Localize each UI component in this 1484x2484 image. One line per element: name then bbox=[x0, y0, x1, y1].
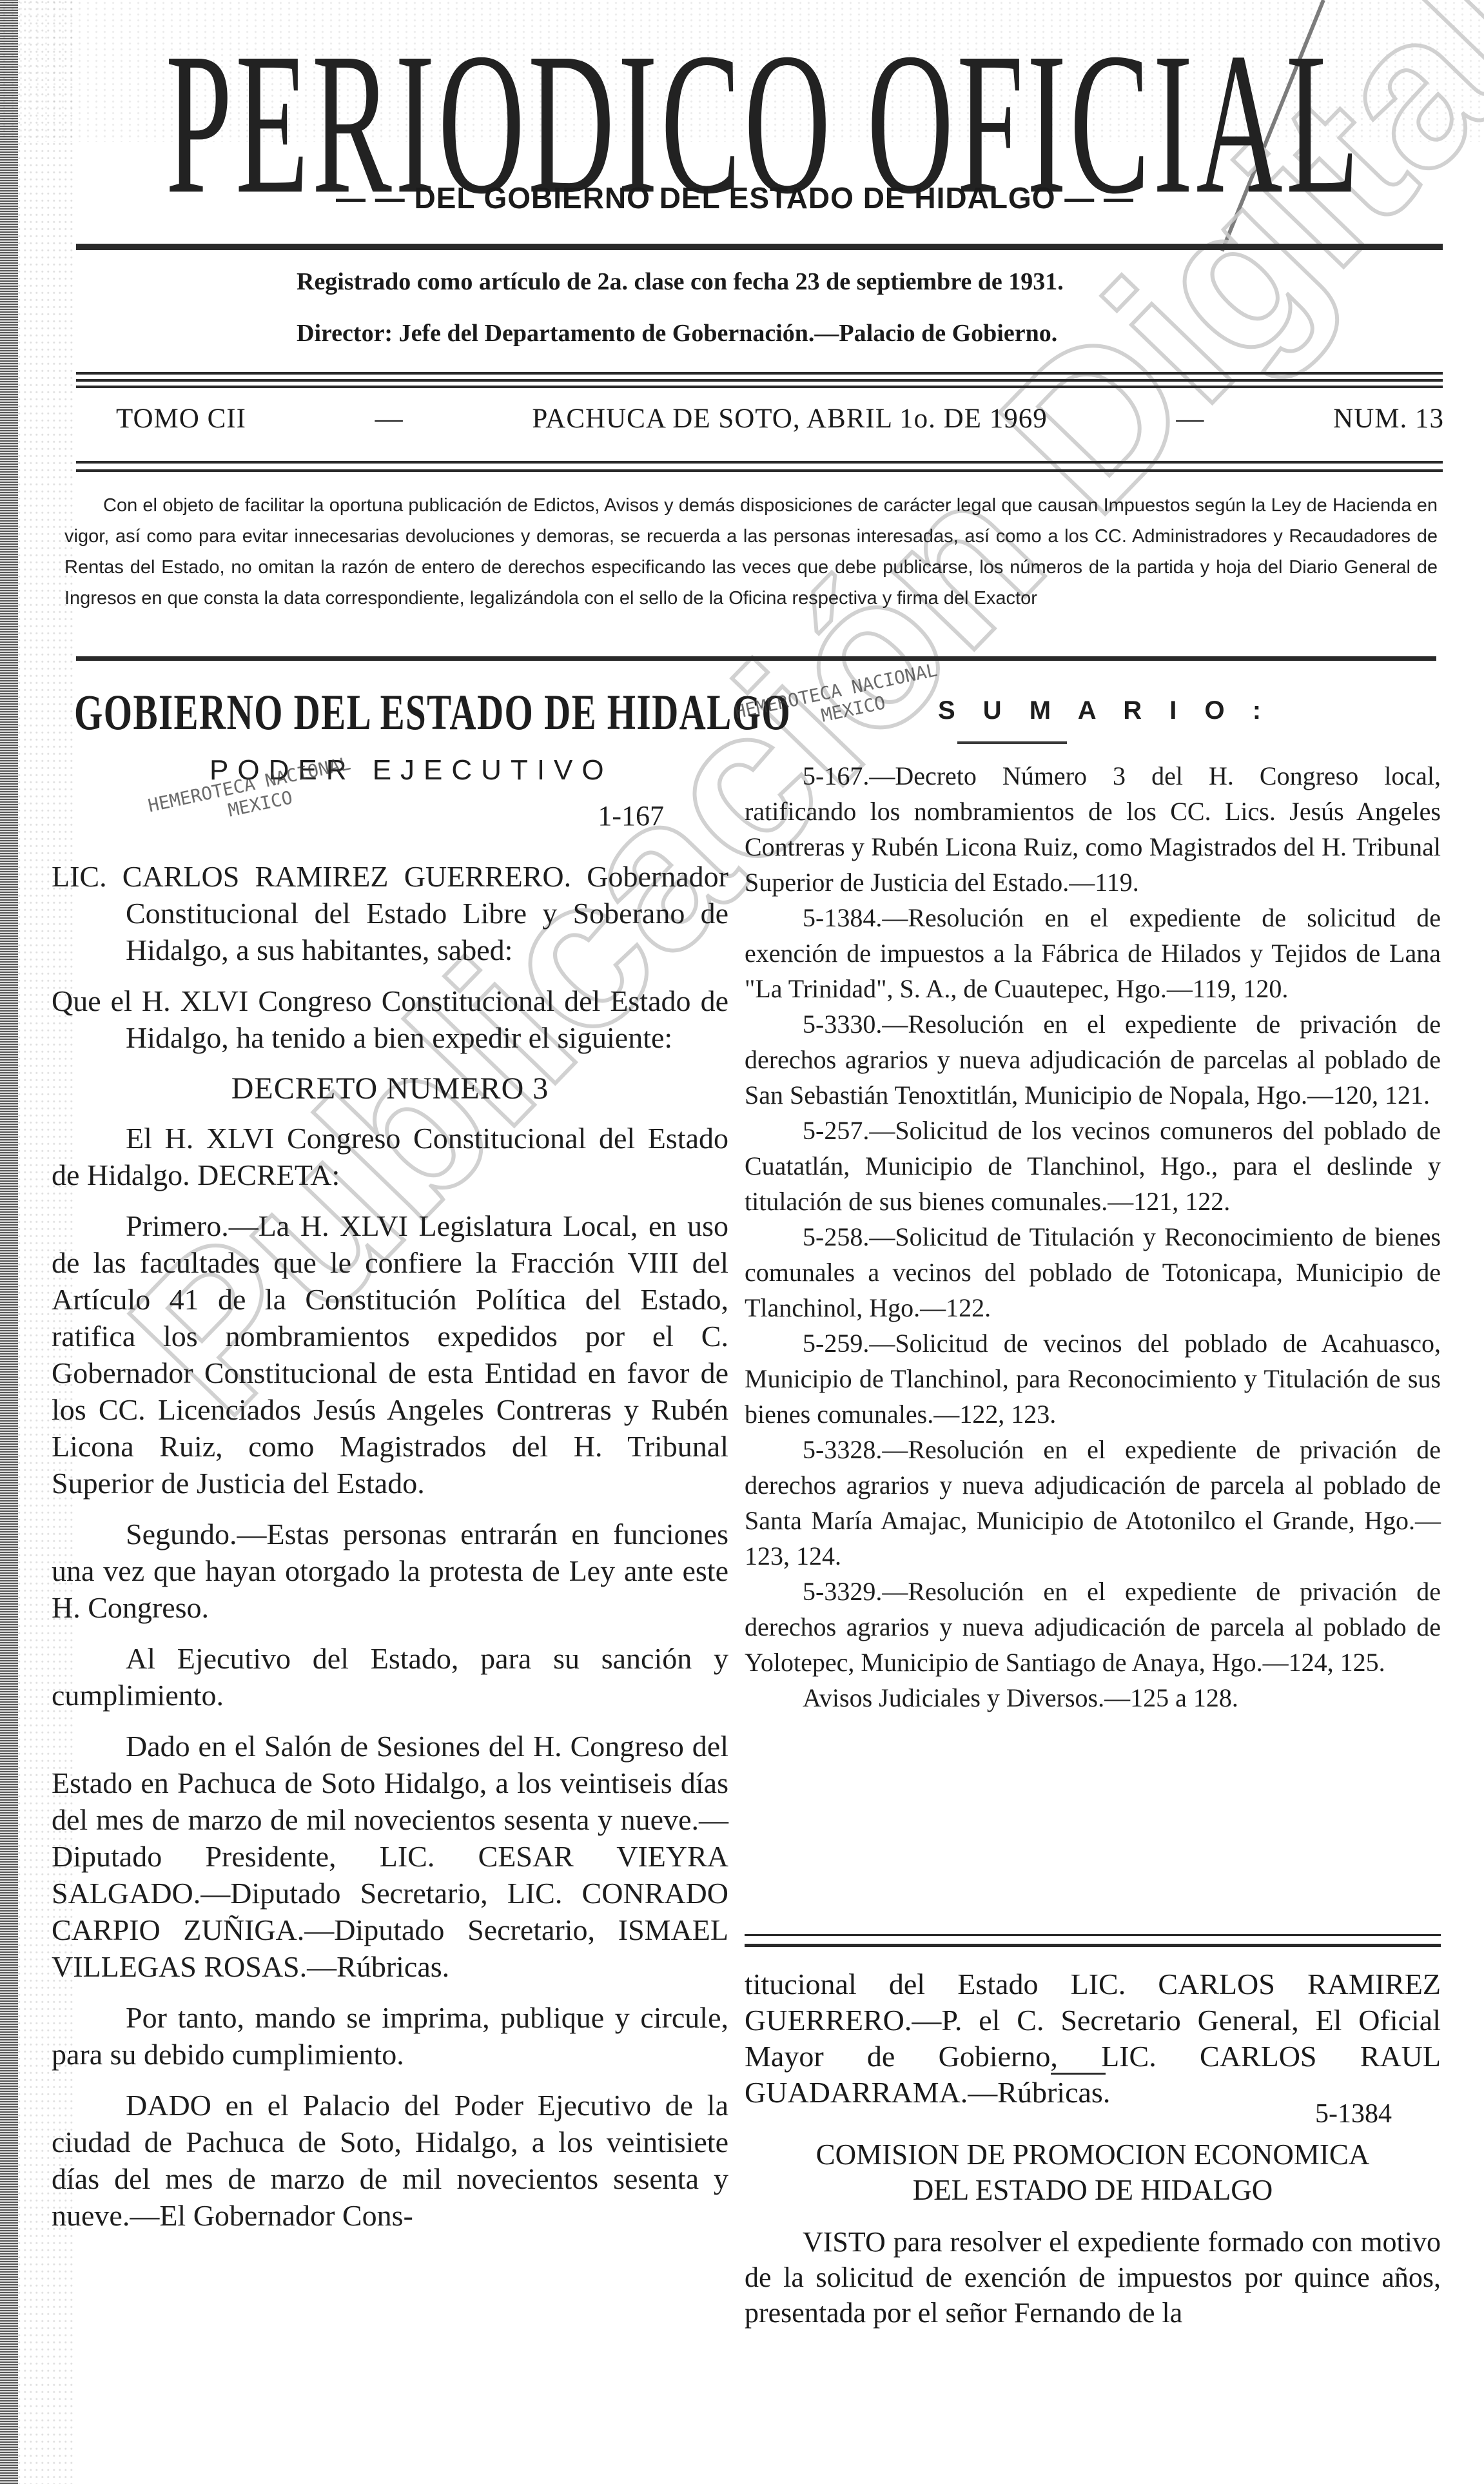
summary-item: 5-257.—Solicitud de los vecinos comunero… bbox=[745, 1113, 1441, 1219]
volume-label: TOMO CII bbox=[116, 403, 246, 435]
decree-body: LIC. CARLOS RAMIREZ GUERRERO. Gobernador… bbox=[52, 858, 728, 2234]
decree-paragraph: Dado en el Salón de Sesiones del H. Cong… bbox=[52, 1728, 728, 1985]
summary-item: 5-258.—Solicitud de Titulación y Reconoc… bbox=[745, 1219, 1441, 1325]
decree-paragraph: Por tanto, mando se imprima, publique y … bbox=[52, 1999, 728, 2073]
decree-title: DECRETO NUMERO 3 bbox=[52, 1070, 728, 1107]
place-date: PACHUCA DE SOTO, ABRIL 1o. DE 1969 bbox=[532, 403, 1047, 435]
document-number: 5-1384 bbox=[1315, 2098, 1392, 2129]
summary-item: 5-3328.—Resolución en el expediente de p… bbox=[745, 1432, 1441, 1574]
legal-notice: Con el objeto de facilitar la oportuna p… bbox=[64, 490, 1438, 614]
summary-item: 5-167.—Decreto Número 3 del H. Congreso … bbox=[745, 758, 1441, 900]
summary-item: 5-3330.—Resolución en el expediente de p… bbox=[745, 1006, 1441, 1113]
summary-item: 5-1384.—Resolución en el expediente de s… bbox=[745, 900, 1441, 1006]
dateline-rule-top-2 bbox=[76, 379, 1443, 382]
government-heading: GOBIERNO DEL ESTADO DE HIDALGO bbox=[74, 683, 552, 741]
summary-rule-bottom-2 bbox=[745, 1944, 1441, 1947]
dateline-rule-top-1 bbox=[76, 372, 1443, 375]
scan-edge-shadow bbox=[0, 0, 18, 2484]
dateline-rule-top-3 bbox=[76, 386, 1443, 388]
decree-paragraph: DADO en el Palacio del Poder Ejecutivo d… bbox=[52, 2087, 728, 2234]
decree-paragraph: Al Ejecutivo del Estado, para su sanción… bbox=[52, 1640, 728, 1714]
summary-column: S U M A R I O : 5-167.—Decreto Número 3 … bbox=[745, 683, 1441, 1716]
summary-rule bbox=[957, 741, 1067, 744]
document-number: 1-167 bbox=[52, 799, 664, 832]
decree-paragraph: El H. XLVI Congreso Constitucional del E… bbox=[52, 1120, 728, 1193]
dateline-dash: — bbox=[375, 403, 404, 435]
masthead-subtitle: — — DEL GOBIERNO DEL ESTADO DE HIDALGO —… bbox=[219, 181, 1251, 215]
decree-intro: LIC. CARLOS RAMIREZ GUERRERO. Gobernador… bbox=[52, 858, 728, 968]
notice-rule-top-2 bbox=[76, 469, 1443, 472]
masthead-rule bbox=[76, 244, 1443, 250]
registration-line: Registrado como artículo de 2a. clase co… bbox=[297, 268, 1264, 296]
director-line: Director: Jefe del Departamento de Gober… bbox=[297, 319, 1264, 347]
summary-rule-bottom-1 bbox=[745, 1934, 1441, 1936]
decree-column: GOBIERNO DEL ESTADO DE HIDALGO PODER EJE… bbox=[52, 683, 728, 2248]
section-separator bbox=[1051, 2073, 1106, 2075]
masthead: PERIODICO OFICIAL bbox=[77, 39, 1450, 200]
summary-heading: S U M A R I O : bbox=[938, 696, 1441, 725]
commission-heading: COMISION DE PROMOCION ECONOMICA DEL ESTA… bbox=[745, 2137, 1441, 2208]
dateline: TOMO CII — PACHUCA DE SOTO, ABRIL 1o. DE… bbox=[116, 403, 1444, 435]
summary-list: 5-167.—Decreto Número 3 del H. Congreso … bbox=[745, 758, 1441, 1716]
decree-paragraph: Segundo.—Estas personas entrarán en func… bbox=[52, 1516, 728, 1626]
resolution-text: VISTO para resolver el expediente formad… bbox=[745, 2224, 1441, 2331]
decree-paragraph: Primero.—La H. XLVI Legislatura Local, e… bbox=[52, 1208, 728, 1501]
decree-continuation: titucional del Estado LIC. CARLOS RAMIRE… bbox=[745, 1966, 1441, 2111]
summary-item: Avisos Judiciales y Diversos.—125 a 128. bbox=[745, 1680, 1441, 1716]
notice-rule-top-1 bbox=[76, 461, 1443, 464]
issue-number: NUM. 13 bbox=[1333, 403, 1444, 435]
summary-item: 5-3329.—Resolución en el expediente de p… bbox=[745, 1574, 1441, 1680]
decree-que: Que el H. XLVI Congreso Constitucional d… bbox=[52, 983, 728, 1056]
summary-item: 5-259.—Solicitud de vecinos del poblado … bbox=[745, 1325, 1441, 1432]
newspaper-page: Publicación Digitalizada PERIODICO OFICI… bbox=[0, 0, 1484, 2484]
notice-rule-bottom bbox=[76, 656, 1436, 661]
dateline-dash: — bbox=[1176, 403, 1204, 435]
